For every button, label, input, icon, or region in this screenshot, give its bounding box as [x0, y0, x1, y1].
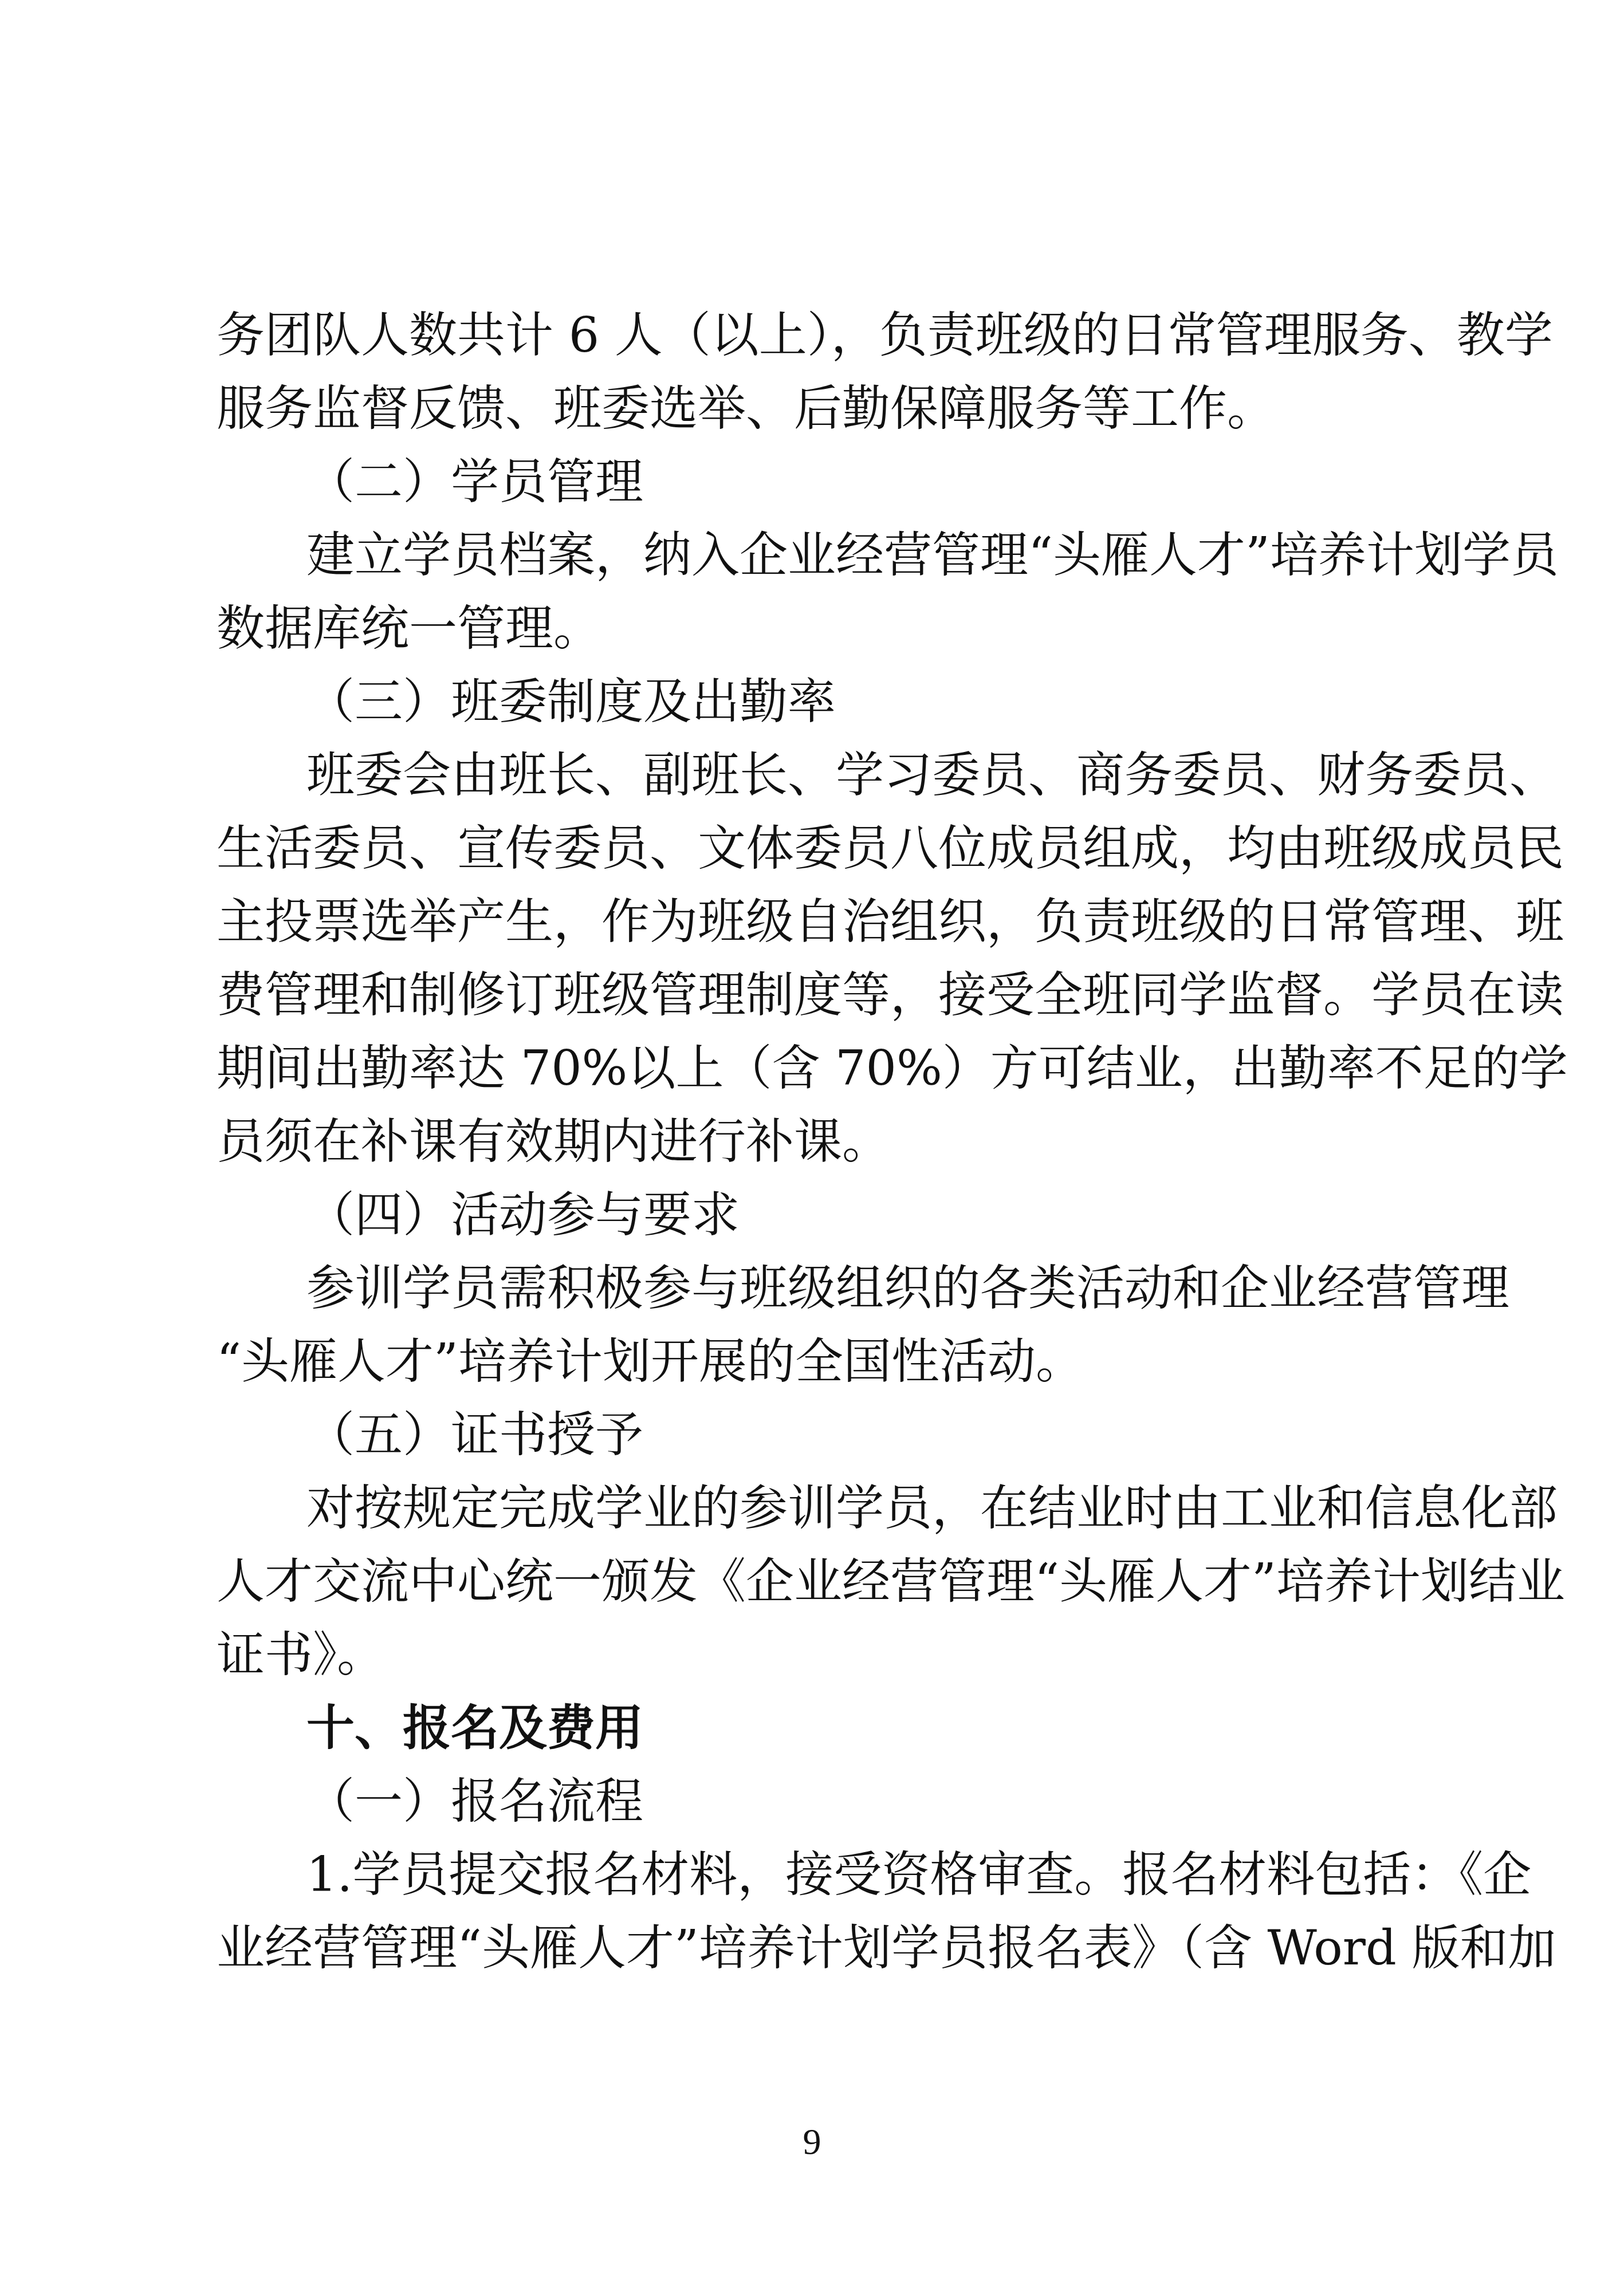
section-heading-registration-process: （一）报名流程	[306, 1773, 1504, 1830]
document-page: 务团队人数共计 6 人（以上），负责班级的日常管理服务、教学 服务监督反馈、班委…	[0, 0, 1624, 2296]
section-heading-certificate: （五）证书授予	[306, 1406, 1504, 1463]
section-heading-activity-requirements: （四）活动参与要求	[306, 1186, 1504, 1243]
paragraph-line: 数据库统一管理。	[217, 600, 1414, 657]
paragraph-line: 人才交流中心统一颁发《企业经营管理“头雁人才”培养计划结业	[217, 1553, 1414, 1610]
section-heading-class-committee: （三）班委制度及出勤率	[306, 673, 1504, 730]
paragraph-line: 建立学员档案，纳入企业经营管理“头雁人才”培养计划学员	[306, 526, 1414, 584]
paragraph-line: 参训学员需积极参与班级组织的各类活动和企业经营管理	[306, 1259, 1414, 1317]
paragraph-line: 业经营管理“头雁人才”培养计划学员报名表》（含 Word 版和加	[217, 1919, 1414, 1976]
paragraph-line: 务团队人数共计 6 人（以上），负责班级的日常管理服务、教学	[217, 306, 1414, 364]
paragraph-line: 员须在补课有效期内进行补课。	[217, 1113, 1414, 1170]
section-heading-student-management: （二）学员管理	[306, 453, 1504, 510]
paragraph-line: 期间出勤率达 70%以上（含 70%）方可结业，出勤率不足的学	[217, 1039, 1414, 1097]
chapter-heading-registration-and-fees: 十、报名及费用	[306, 1699, 1504, 1757]
paragraph-line: 对按规定完成学业的参训学员，在结业时由工业和信息化部	[306, 1479, 1414, 1537]
paragraph-line: 生活委员、宣传委员、文体委员八位成员组成，均由班级成员民	[217, 820, 1414, 877]
paragraph-line: 主投票选举产生，作为班级自治组织，负责班级的日常管理、班	[217, 893, 1414, 950]
page-number: 9	[0, 2119, 1624, 2165]
paragraph-line: 1.学员提交报名材料，接受资格审查。报名材料包括：《企	[306, 1846, 1414, 1903]
paragraph-line: 服务监督反馈、班委选举、后勤保障服务等工作。	[217, 380, 1414, 437]
paragraph-line: 费管理和制修订班级管理制度等，接受全班同学监督。学员在读	[217, 966, 1414, 1023]
paragraph-line: “头雁人才”培养计划开展的全国性活动。	[217, 1333, 1414, 1390]
paragraph-line: 证书》。	[217, 1626, 1414, 1683]
paragraph-line: 班委会由班长、副班长、学习委员、商务委员、财务委员、	[306, 746, 1414, 804]
